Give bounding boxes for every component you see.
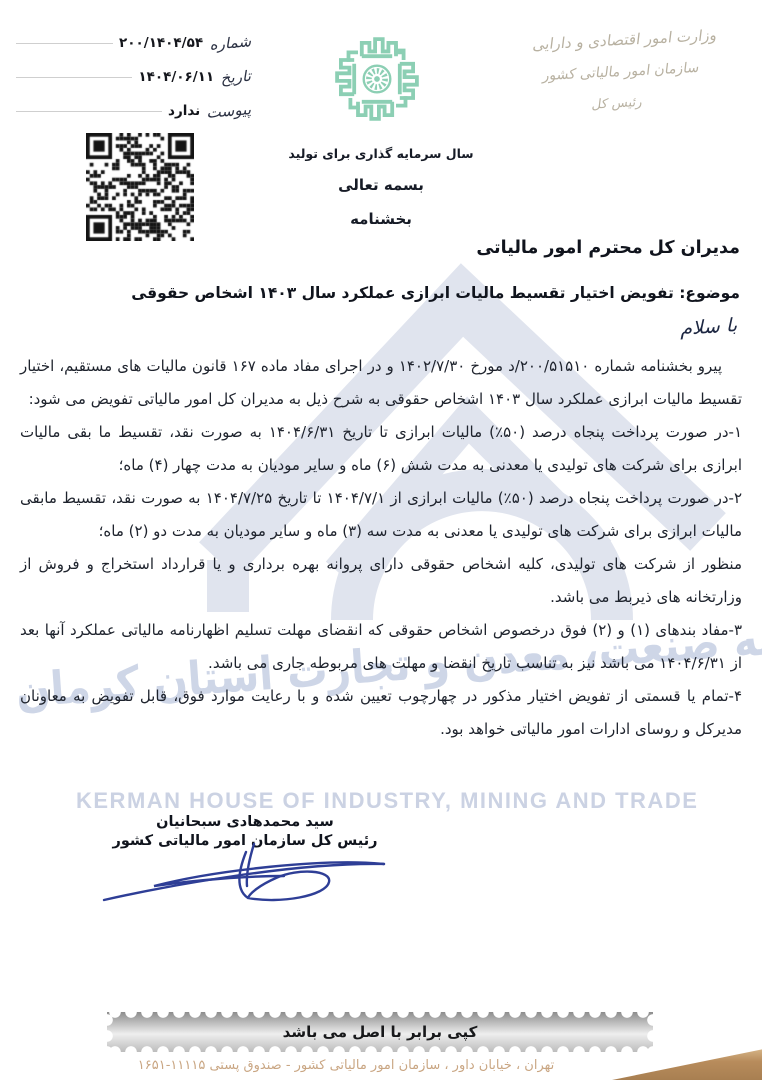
number-row: شماره ۲۰۰/۱۴۰۴/۵۴ <box>14 26 252 60</box>
paragraph: ۳-مفاد بندهای (۱) و (۲) فوق درخصوص اشخاص… <box>20 614 742 680</box>
greeting-script: با سلام <box>679 314 741 340</box>
paragraph: پیرو بخشنامه شماره ۲۰۰/۵۱۵۱۰/د مورخ ۱۴۰۲… <box>20 350 742 416</box>
date-label: تاریخ <box>220 67 253 88</box>
number-value: ۲۰۰/۱۴۰۴/۵۴ <box>119 35 203 51</box>
ruled-line <box>16 42 113 44</box>
ruled-line <box>16 76 132 78</box>
stamp-text: کپی برابر با اصل می باشد <box>283 1023 478 1041</box>
watermark-english-text: KERMAN HOUSE OF INDUSTRY, MINING AND TRA… <box>76 788 698 814</box>
handwritten-signature <box>96 838 396 918</box>
recipient-line: مدیران کل محترم امور مالیاتی <box>476 238 740 258</box>
footer-address: تهران ، خیابان داور ، سازمان امور مالیات… <box>40 1058 652 1073</box>
letter-body: پیرو بخشنامه شماره ۲۰۰/۵۱۵۱۰/د مورخ ۱۴۰۲… <box>20 350 742 746</box>
date-row: تاریخ ۱۴۰۴/۰۶/۱۱ <box>14 60 252 94</box>
paragraph: منظور از شرکت های تولیدی، کلیه اشخاص حقو… <box>20 548 742 614</box>
certified-copy-stamp: کپی برابر با اصل می باشد <box>107 1012 653 1052</box>
qr-code <box>86 133 194 241</box>
ruled-line <box>16 110 162 112</box>
number-label: شماره <box>209 32 254 53</box>
letter-meta: شماره ۲۰۰/۱۴۰۴/۵۴ تاریخ ۱۴۰۴/۰۶/۱۱ پیوست… <box>14 26 252 128</box>
scanned-letter-page: خانه صنعت، معدن و تجارت استان کرمان KERM… <box>0 0 762 1080</box>
tax-administration-logo-icon <box>320 22 434 140</box>
attachment-value: ندارد <box>168 103 200 119</box>
subject-line: موضوع: تفویض اختیار تقسیط مالیات ابرازی … <box>131 284 740 302</box>
attachment-row: پیوست ندارد <box>14 94 252 128</box>
ministry-header: وزارت امور اقتصادی و دارایی سازمان امور … <box>500 18 742 127</box>
signer-name: سید محمدهادی سبحانیان <box>112 814 378 830</box>
attachment-label: پیوست <box>206 100 253 122</box>
paragraph: ۲-در صورت پرداخت پنجاه درصد (۵۰٪) مالیات… <box>20 482 742 548</box>
paragraph: ۱-در صورت پرداخت پنجاه درصد (۵۰٪) مالیات… <box>20 416 742 482</box>
paragraph: ۴-تمام یا قسمتی از تفویض اختیار مذکور در… <box>20 680 742 746</box>
date-value: ۱۴۰۴/۰۶/۱۱ <box>138 69 214 85</box>
